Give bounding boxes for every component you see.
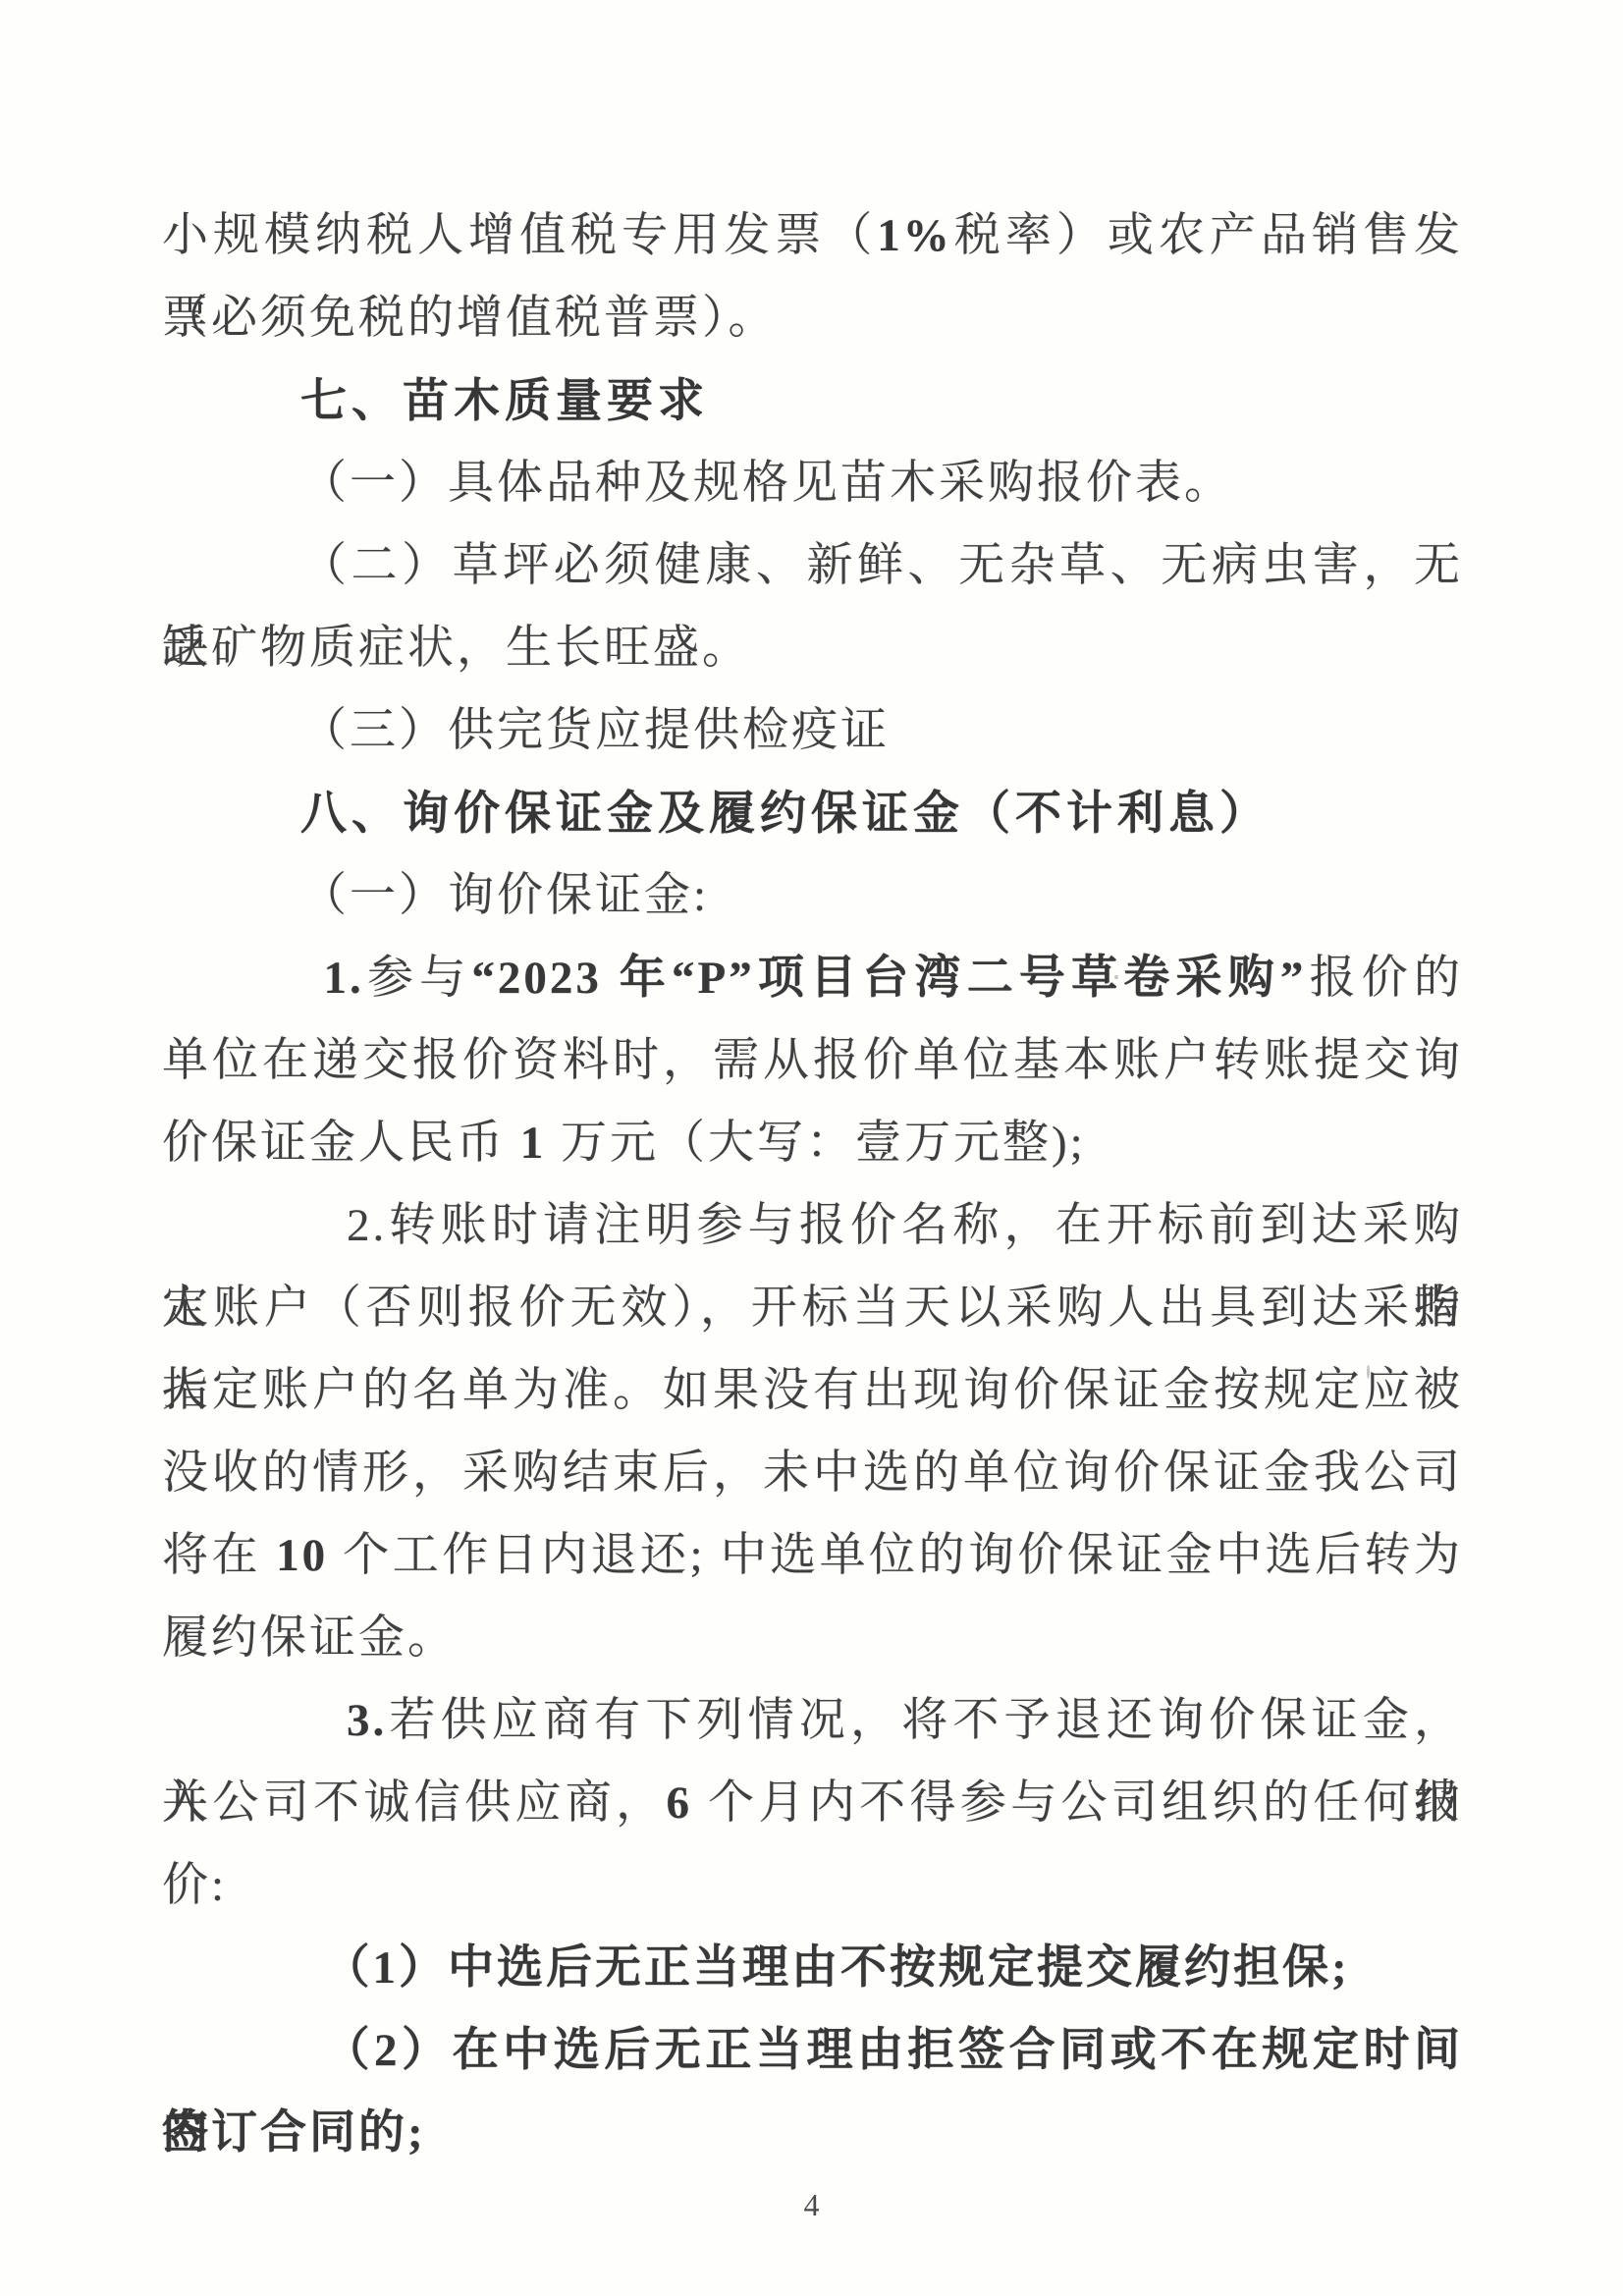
text-segment: 6 (667, 1777, 693, 1829)
text-segment: （一）具体品种及规格见苗木采购报价表。 (300, 458, 1233, 509)
text-segment: 七、苗木质量要求 (300, 374, 709, 426)
text-segment: 乏矿物质症状，生长旺盛。 (162, 623, 751, 674)
text-line: 入公司不诚信供应商，6 个月内不得参与公司组织的任何报 (162, 1762, 1463, 1844)
text-segment: 1 (520, 1118, 547, 1169)
scan-artifact (1114, 975, 1118, 979)
section-heading: 七、苗木质量要求 (162, 359, 1463, 442)
text-segment: 将在 (162, 1530, 276, 1581)
text-line: 履约保证金。 (162, 1597, 1463, 1679)
text-segment: 10 (276, 1530, 328, 1581)
text-segment: （1）中选后无正当理由不按规定提交履约担保; (324, 1942, 1350, 1994)
text-line: 小规模纳税人增值税专用发票（1%税率）或农产品销售发票 (162, 194, 1463, 277)
section-heading: 八、询价保证金及履约保证金（不计利息） (162, 772, 1463, 854)
text-segment: 签订合同的; (162, 2107, 426, 2159)
text-line: 定账户（否则报价无效），开标当天以采购人出具到达采购人 (162, 1267, 1463, 1349)
text-segment: 1. (324, 953, 364, 1004)
text-segment: 没收的情形，采购结束后，未中选的单位询价保证金我公司 (162, 1448, 1463, 1499)
text-segment: 价保证金人民币 (162, 1118, 520, 1169)
text-line: 将在 10 个工作日内退还; 中选单位的询价保证金中选后转为 (162, 1514, 1463, 1597)
text-segment: 单位在递交报价资料时，需从报价单位基本账户转账提交询 (162, 1035, 1463, 1086)
text-segment: 个月内不得参与公司组织的任何报 (692, 1777, 1463, 1829)
text-line: 2.转账时请注明参与报价名称，在开标前到达采购人指 (162, 1184, 1463, 1267)
text-segment: 报价的 (1306, 953, 1463, 1004)
text-segment: 3. (347, 1695, 387, 1746)
text-segment: 价: (162, 1860, 227, 1911)
text-line: （1）中选后无正当理由不按规定提交履约担保; (162, 1927, 1463, 2009)
text-segment: 参与 (364, 953, 472, 1004)
text-segment: “2023 年“P”项目台湾二号草卷采购” (471, 953, 1306, 1004)
text-line: （一）询价保证金: (162, 854, 1463, 937)
text-line: 单位在递交报价资料时，需从报价单位基本账户转账提交询 (162, 1019, 1463, 1102)
text-segment: （三）供完货应提供检疫证 (300, 705, 890, 756)
text-line: 价保证金人民币 1 万元（大写：壹万元整); (162, 1102, 1463, 1184)
document-page: 小规模纳税人增值税专用发票（1%税率）或农产品销售发票（必须免税的增值税普票）。… (0, 0, 1623, 2296)
text-line: （二）草坪必须健康、新鲜、无杂草、无病虫害，无缺 (162, 524, 1463, 607)
text-line: 指定账户的名单为准。如果没有出现询价保证金按规定应被 (162, 1349, 1463, 1432)
text-segment: 八、询价保证金及履约保证金（不计利息） (300, 787, 1271, 839)
text-line: （三）供完货应提供检疫证 (162, 689, 1463, 772)
text-line: 乏矿物质症状，生长旺盛。 (162, 607, 1463, 689)
text-line: 3.若供应商有下列情况，将不予退还询价保证金，并纳 (162, 1679, 1463, 1762)
text-line: 价: (162, 1844, 1463, 1927)
page-number: 4 (0, 2186, 1623, 2223)
text-segment: （一）询价保证金: (300, 870, 709, 921)
text-line: （必须免税的增值税普票）。 (162, 277, 1463, 359)
text-segment: 指定账户的名单为准。如果没有出现询价保证金按规定应被 (162, 1365, 1463, 1416)
text-segment: 小规模纳税人增值税专用发票（ (162, 210, 877, 261)
text-line: 签订合同的; (162, 2092, 1463, 2174)
text-line: （一）具体品种及规格见苗木采购报价表。 (162, 442, 1463, 524)
text-line: 没收的情形，采购结束后，未中选的单位询价保证金我公司 (162, 1432, 1463, 1514)
text-segment: 1% (877, 210, 952, 261)
text-line: （2）在中选后无正当理由拒签合同或不在规定时间内 (162, 2009, 1463, 2092)
text-line: 1.参与“2023 年“P”项目台湾二号草卷采购”报价的 (162, 937, 1463, 1019)
text-segment: 万元（大写：壹万元整); (546, 1118, 1085, 1169)
document-body: 小规模纳税人增值税专用发票（1%税率）或农产品销售发票（必须免税的增值税普票）。… (162, 194, 1463, 2174)
scan-artifact (1367, 1365, 1370, 1379)
text-segment: 履约保证金。 (162, 1613, 457, 1664)
text-segment: 个工作日内退还; 中选单位的询价保证金中选后转为 (328, 1530, 1463, 1581)
text-segment: （必须免税的增值税普票）。 (162, 293, 778, 344)
scan-artifact (1373, 1461, 1376, 1471)
text-segment: 入公司不诚信供应商， (162, 1777, 667, 1829)
